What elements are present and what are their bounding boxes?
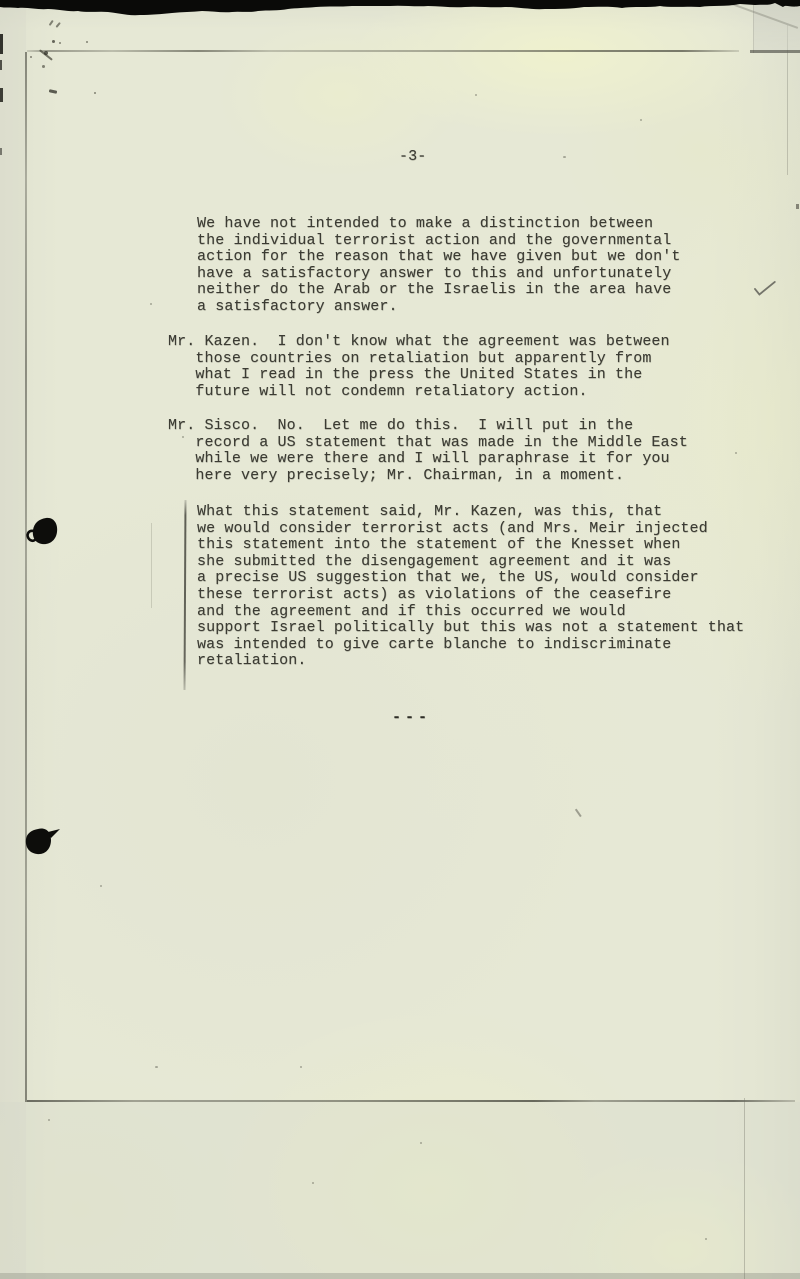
speck [420, 1142, 422, 1144]
edge-nick [0, 60, 2, 70]
edge-nick [0, 88, 3, 102]
speck [300, 1066, 302, 1068]
sheet-top-edge-line [27, 50, 739, 52]
speaker-paragraph-sisco: Mr. Sisco. No. Let me do this. I will pu… [168, 418, 688, 484]
pencil-dot [86, 41, 88, 43]
speck [705, 1238, 707, 1240]
speck [312, 1182, 314, 1184]
pencil-dot [52, 40, 55, 43]
page-number: -3- [399, 149, 426, 166]
ink-blot-top [24, 514, 62, 550]
speck [150, 303, 152, 305]
transcript-body-paragraph: We have not intended to make a distincti… [197, 216, 680, 316]
scan-bottom-shadow [0, 1273, 800, 1279]
speck [640, 119, 642, 121]
backing-edge-line-lower-right [744, 1098, 745, 1279]
quoted-statement-paragraph: What this statement said, Mr. Kazen, was… [197, 504, 744, 670]
edge-smudge [796, 204, 799, 209]
speck [48, 1119, 50, 1121]
speck [155, 1066, 158, 1068]
pencil-checkmark-icon [751, 277, 779, 302]
edge-nick [0, 34, 3, 54]
top-rule-smudge [750, 50, 800, 53]
backing-sheet-bottom-area [0, 1102, 800, 1279]
faint-margin-crease [151, 523, 152, 608]
speck [100, 885, 102, 887]
backing-sheet-left-strip [0, 0, 26, 1279]
speaker-paragraph-kazen: Mr. Kazen. I don't know what the agreeme… [168, 334, 670, 400]
speck [475, 94, 477, 96]
separator-dashes: --- [392, 709, 431, 726]
pencil-dot [42, 65, 45, 68]
sheet-bottom-edge-line [27, 1100, 795, 1102]
edge-nick [0, 148, 2, 155]
speck [563, 156, 566, 158]
pencil-dot [44, 51, 48, 55]
pencil-dot [94, 92, 96, 94]
sheet-left-edge-line [25, 52, 27, 1102]
pencil-dot [30, 56, 32, 58]
ink-blot-bottom [20, 824, 62, 860]
speck [735, 452, 737, 454]
pencil-dot [59, 42, 61, 44]
torn-black-top-edge [0, 0, 800, 16]
